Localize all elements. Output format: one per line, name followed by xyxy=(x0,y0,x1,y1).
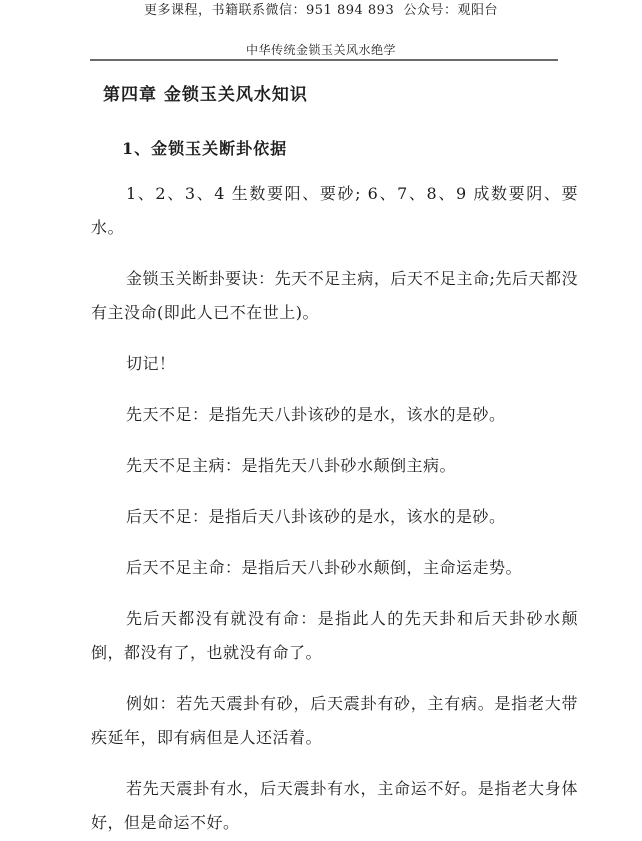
header-contact-line: 更多课程，书籍联系微信：951 894 893 公众号：观阳台 xyxy=(0,2,642,20)
header-divider-line xyxy=(90,59,558,61)
body-paragraph: 后天不足：是指后天八卦该砂的是水，该水的是砂。 xyxy=(91,500,578,534)
body-paragraph: 若先天震卦有水，后天震卦有水，主命运不好。是指老大身体好，但是命运不好。 xyxy=(91,772,578,840)
page-header: 更多课程，书籍联系微信：951 894 893 公众号：观阳台 中华传统金锁玉关… xyxy=(0,2,642,61)
body-paragraph: 切记！ xyxy=(91,347,578,381)
body-paragraph: 金锁玉关断卦要诀：先天不足主病，后天不足主命;先后天都没有主没命(即此人已不在世… xyxy=(91,262,578,330)
header-book-title: 中华传统金锁玉关风水绝学 xyxy=(0,42,642,59)
body-paragraph: 先天不足：是指先天八卦该砂的是水，该水的是砂。 xyxy=(91,398,578,432)
document-content: 第四章 金锁玉关风水知识 1、金锁玉关断卦依据 1、2、3、4 生数要阳、要砂;… xyxy=(0,84,642,840)
document-page: 更多课程，书籍联系微信：951 894 893 公众号：观阳台 中华传统金锁玉关… xyxy=(0,0,642,841)
body-paragraph: 例如：若先天震卦有砂，后天震卦有砂，主有病。是指老大带疾延年，即有病但是人还活着… xyxy=(91,687,578,755)
body-paragraph: 1、2、3、4 生数要阳、要砂; 6、7、8、9 成数要阴、要水。 xyxy=(91,177,578,245)
section-title: 1、金锁玉关断卦依据 xyxy=(122,138,578,160)
body-paragraph: 先天不足主病：是指先天八卦砂水颠倒主病。 xyxy=(91,449,578,483)
body-paragraph: 后天不足主命：是指后天八卦砂水颠倒，主命运走势。 xyxy=(91,551,578,585)
body-paragraph: 先后天都没有就没有命：是指此人的先天卦和后天卦砂水颠倒，都没有了，也就没有命了。 xyxy=(91,602,578,670)
chapter-title: 第四章 金锁玉关风水知识 xyxy=(103,84,578,107)
